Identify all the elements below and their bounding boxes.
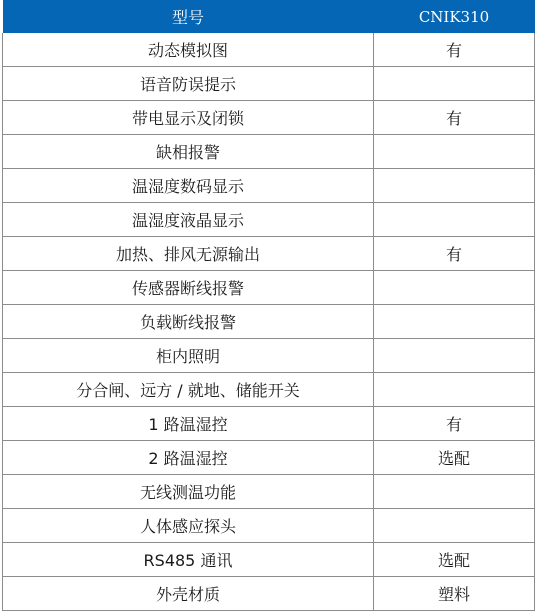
table-row: 分合闸、远方 / 就地、储能开关 [3,373,535,407]
feature-cell: 无线测温功能 [3,475,374,509]
header-model: CNIK310 [374,0,535,33]
table-row: 温湿度数码显示 [3,169,535,203]
table-row: 2 路温湿控选配 [3,441,535,475]
table-row: RS485 通讯选配 [3,543,535,577]
feature-cell: 缺相报警 [3,135,374,169]
value-cell [374,67,535,101]
feature-cell: 2 路温湿控 [3,441,374,475]
value-cell: 选配 [374,543,535,577]
feature-cell: 动态模拟图 [3,33,374,67]
table-row: 加热、排风无源输出有 [3,237,535,271]
feature-cell: 温湿度数码显示 [3,169,374,203]
feature-cell: RS485 通讯 [3,543,374,577]
table-row: 温湿度液晶显示 [3,203,535,237]
value-cell [374,475,535,509]
header-feature: 型号 [3,0,374,33]
value-cell: 有 [374,407,535,441]
feature-cell: 1 路温湿控 [3,407,374,441]
feature-cell: 柜内照明 [3,339,374,373]
value-cell [374,305,535,339]
feature-cell: 负载断线报警 [3,305,374,339]
table-row: 1 路温湿控有 [3,407,535,441]
table-row: 传感器断线报警 [3,271,535,305]
value-cell [374,339,535,373]
feature-cell: 语音防误提示 [3,67,374,101]
table-row: 语音防误提示 [3,67,535,101]
table-row: 缺相报警 [3,135,535,169]
value-cell: 选配 [374,441,535,475]
table-row: 无线测温功能 [3,475,535,509]
table-row: 柜内照明 [3,339,535,373]
value-cell [374,509,535,543]
value-cell [374,203,535,237]
feature-cell: 加热、排风无源输出 [3,237,374,271]
feature-cell: 带电显示及闭锁 [3,101,374,135]
value-cell: 有 [374,237,535,271]
feature-cell: 外壳材质 [3,577,374,611]
table-row: 外壳材质塑料 [3,577,535,611]
value-cell: 有 [374,33,535,67]
value-cell [374,271,535,305]
value-cell [374,373,535,407]
table-row: 人体感应探头 [3,509,535,543]
feature-cell: 分合闸、远方 / 就地、储能开关 [3,373,374,407]
value-cell: 塑料 [374,577,535,611]
feature-cell: 传感器断线报警 [3,271,374,305]
feature-cell: 温湿度液晶显示 [3,203,374,237]
feature-cell: 人体感应探头 [3,509,374,543]
value-cell [374,169,535,203]
table-header-row: 型号 CNIK310 [3,0,535,33]
spec-table: 型号 CNIK310 动态模拟图有 语音防误提示 带电显示及闭锁有 缺相报警 温… [2,0,535,611]
table-row: 动态模拟图有 [3,33,535,67]
value-cell: 有 [374,101,535,135]
table-row: 负载断线报警 [3,305,535,339]
table-row: 带电显示及闭锁有 [3,101,535,135]
value-cell [374,135,535,169]
